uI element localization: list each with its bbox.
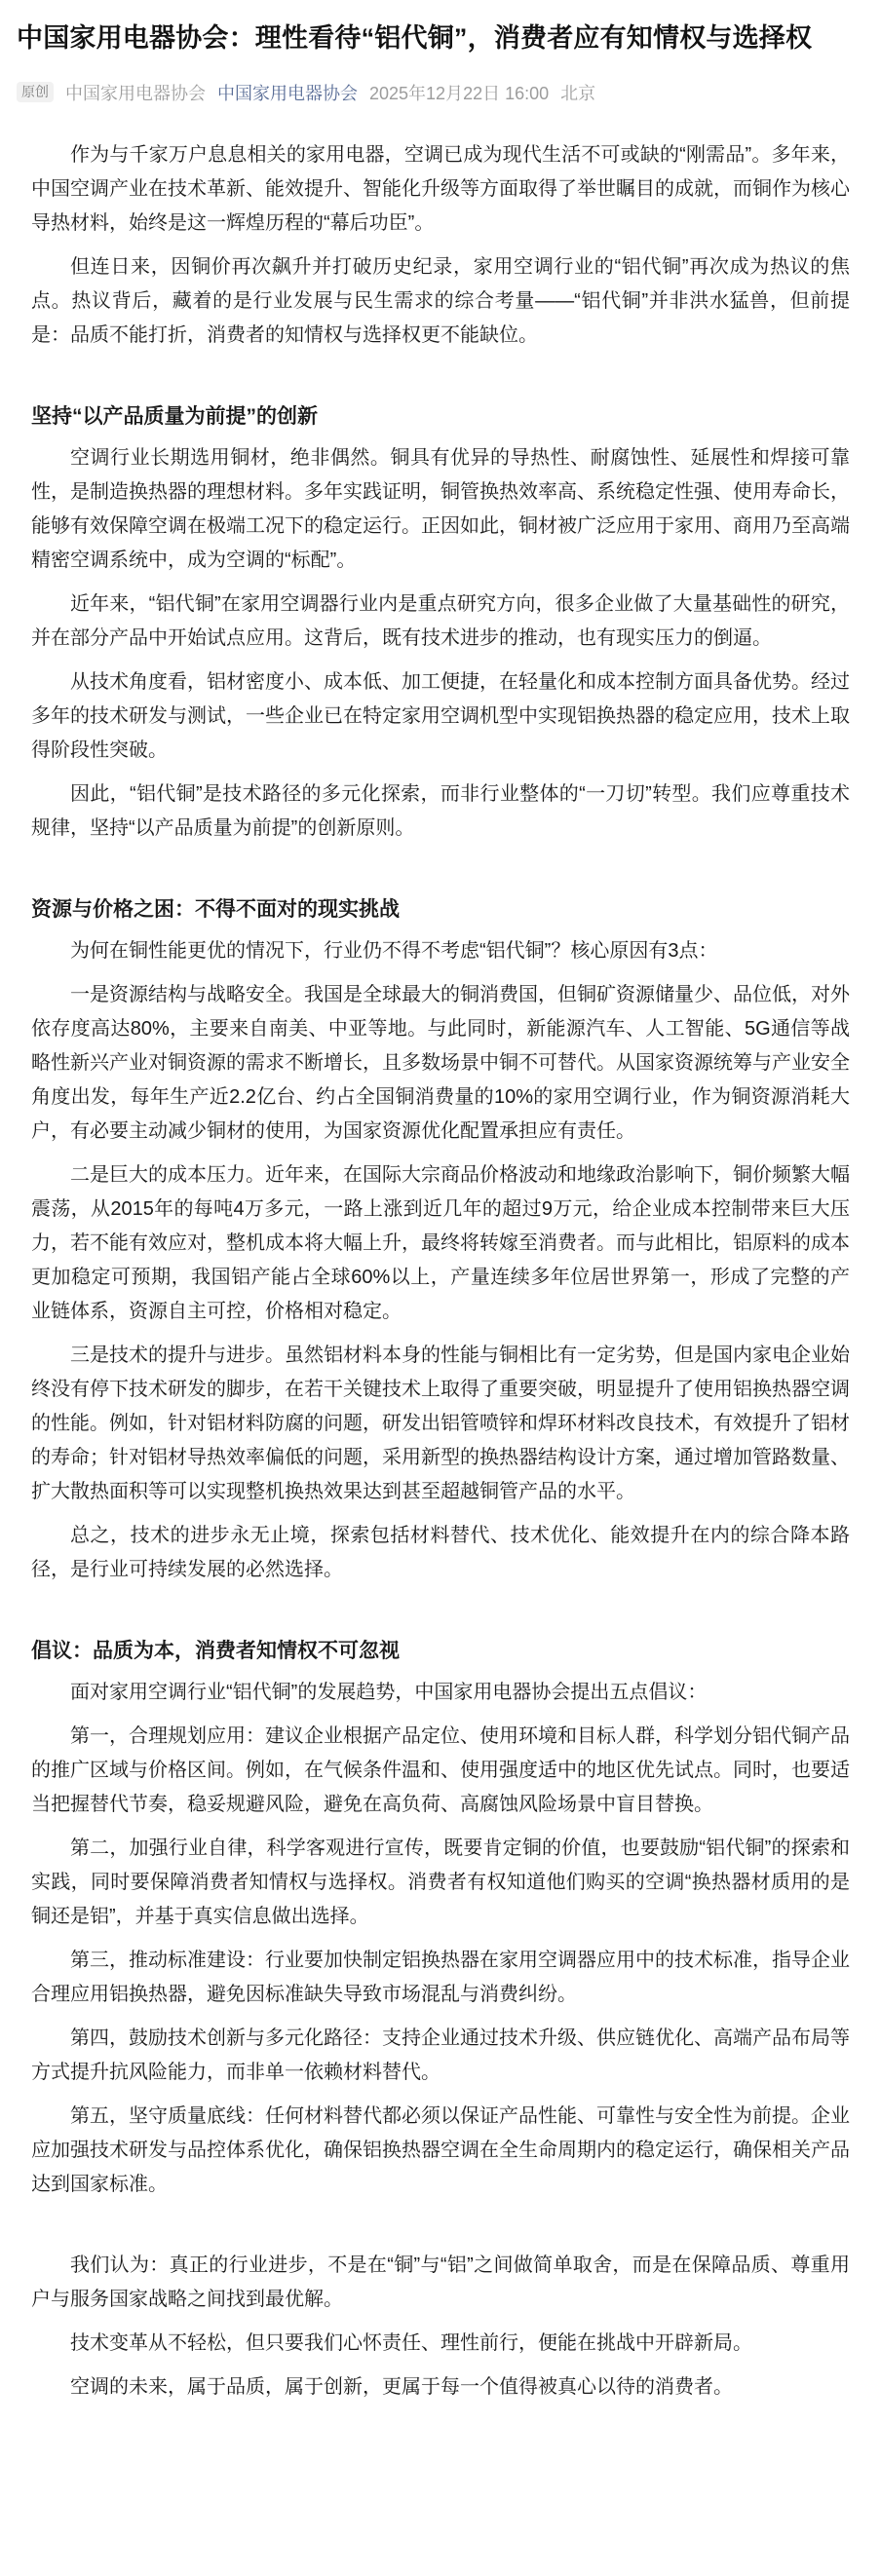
article-paragraph: 第二，加强行业自律，科学客观进行宣传，既要肯定铜的价值，也要鼓励“铝代铜”的探索… xyxy=(31,1832,850,1934)
publish-location: 北京 xyxy=(560,80,595,105)
article-paragraph: 空调行业长期选用铜材，绝非偶然。铜具有优异的导热性、耐腐蚀性、延展性和焊接可靠性… xyxy=(31,441,850,578)
article-paragraph: 面对家用空调行业“铝代铜”的发展趋势，中国家用电器协会提出五点倡议： xyxy=(31,1676,850,1710)
article-body: 作为与千家万户息息相关的家用电器，空调已成为现代生活不可或缺的“刚需品”。多年来… xyxy=(17,138,864,2405)
article-paragraph: 我们认为：真正的行业进步，不是在“铜”与“铝”之间做简单取舍，而是在保障品质、尊… xyxy=(31,2249,850,2317)
article-paragraph: 第三，推动标准建设：行业要加快制定铝换热器在家用空调器应用中的技术标准，指导企业… xyxy=(31,1944,850,2012)
article-paragraph: 第五，坚守质量底线：任何材料替代都必须以保证产品性能、可靠性与安全性为前提。企业… xyxy=(31,2100,850,2202)
article-paragraph: 近年来，“铝代铜”在家用空调器行业内是重点研究方向，很多企业做了大量基础性的研究… xyxy=(31,587,850,656)
article-paragraph: 作为与千家万户息息相关的家用电器，空调已成为现代生活不可或缺的“刚需品”。多年来… xyxy=(31,138,850,241)
article-paragraph: 三是技术的提升与进步。虽然铝材料本身的性能与铜相比有一定劣势，但是国内家电企业始… xyxy=(31,1339,850,1509)
article-paragraph: 技术变革从不轻松，但只要我们心怀责任、理性前行，便能在挑战中开辟新局。 xyxy=(31,2327,850,2361)
article-paragraph: 总之，技术的进步永无止境，探索包括材料替代、技术优化、能效提升在内的综合降本路径… xyxy=(31,1519,850,1587)
article-paragraph: 但连日来，因铜价再次飙升并打破历史纪录，家用空调行业的“铝代铜”再次成为热议的焦… xyxy=(31,250,850,353)
publish-datetime: 2025年12月22日 16:00 xyxy=(369,80,549,105)
article-paragraph: 因此，“铝代铜”是技术路径的多元化探索，而非行业整体的“一刀切”转型。我们应尊重… xyxy=(31,777,850,846)
author-name: 中国家用电器协会 xyxy=(65,80,206,105)
section-heading-quality-innovation: 坚持“以产品质量为前提”的创新 xyxy=(31,399,850,434)
article-paragraph: 二是巨大的成本压力。近年来，在国际大宗商品价格波动和地缘政治影响下，铜价频繁大幅… xyxy=(31,1158,850,1329)
section-heading-proposal: 倡议：品质为本，消费者知情权不可忽视 xyxy=(31,1634,850,1668)
account-link[interactable]: 中国家用电器协会 xyxy=(217,80,358,105)
article-paragraph: 一是资源结构与战略安全。我国是全球最大的铜消费国，但铜矿资源储量少、品位低，对外… xyxy=(31,978,850,1149)
article-paragraph: 第一，合理规划应用：建议企业根据产品定位、使用环境和目标人群，科学划分铝代铜产品… xyxy=(31,1720,850,1822)
article-page: 中国家用电器协会：理性看待“铝代铜”，消费者应有知情权与选择权 原创 中国家用电… xyxy=(0,20,881,2576)
article-paragraph: 从技术角度看，铝材密度小、成本低、加工便捷，在轻量化和成本控制方面具备优势。经过… xyxy=(31,665,850,768)
section-heading-resource-price: 资源与价格之困：不得不面对的现实挑战 xyxy=(31,892,850,927)
page-title: 中国家用电器协会：理性看待“铝代铜”，消费者应有知情权与选择权 xyxy=(17,20,864,57)
original-badge: 原创 xyxy=(17,82,54,102)
article-paragraph: 第四，鼓励技术创新与多元化路径：支持企业通过技术升级、供应链优化、高端产品布局等… xyxy=(31,2022,850,2090)
article-paragraph: 空调的未来，属于品质，属于创新，更属于每一个值得被真心以待的消费者。 xyxy=(31,2370,850,2405)
article-paragraph: 为何在铜性能更优的情况下，行业仍不得不考虑“铝代铜”？核心原因有3点： xyxy=(31,934,850,968)
byline: 原创 中国家用电器协会 中国家用电器协会 2025年12月22日 16:00 北… xyxy=(17,80,864,105)
